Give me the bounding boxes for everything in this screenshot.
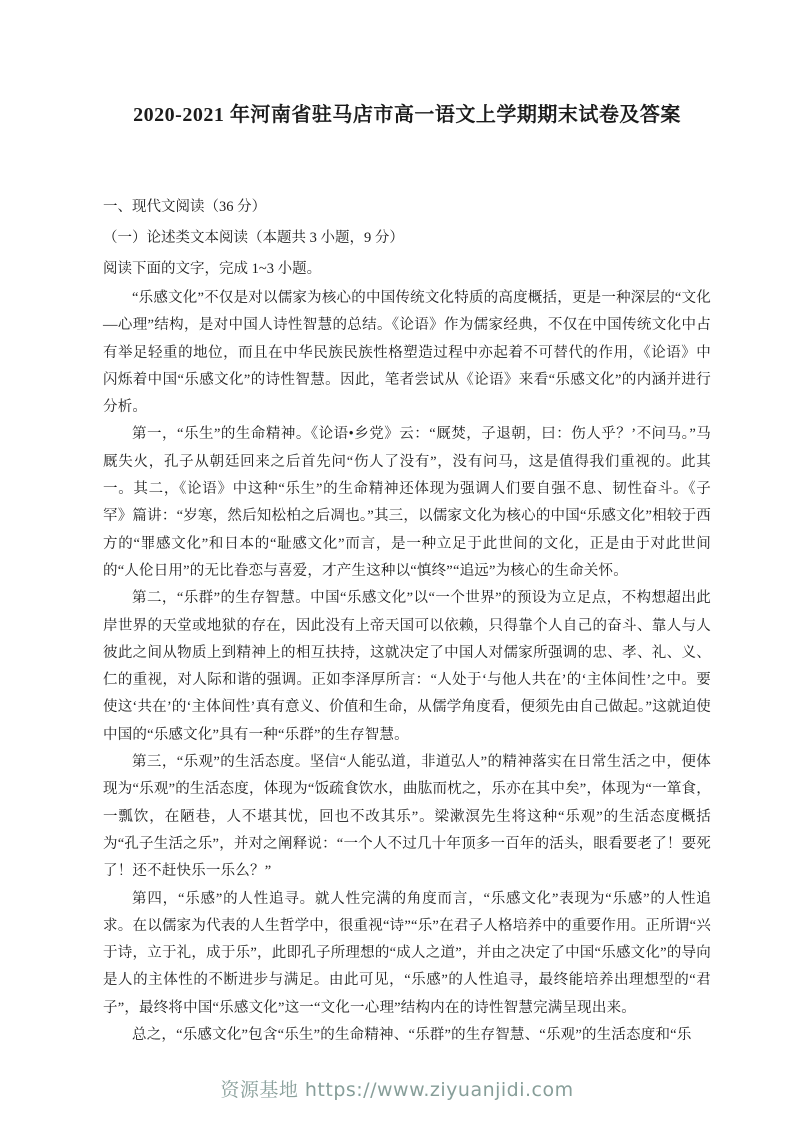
- footer-watermark: 资源基地 https://www.ziyuanjidi.com: [0, 1075, 794, 1102]
- body-paragraph-6: 总之，“乐感文化”包含“乐生”的生命精神、“乐群”的生存智慧、“乐观”的生活态度…: [103, 1022, 711, 1049]
- document-page: 2020-2021 年河南省驻马店市高一语文上学期期末试卷及答案 一、现代文阅读…: [0, 0, 794, 1122]
- subsection-heading: （一）论述类文本阅读（本题共 3 小题，9 分）: [103, 223, 711, 254]
- body-paragraph-2: 第一，“乐生”的生命精神。《论语•乡党》云：“厩焚，子退朝，曰：伤人乎？’不问马…: [103, 421, 711, 585]
- page-title: 2020-2021 年河南省驻马店市高一语文上学期期末试卷及答案: [103, 100, 711, 130]
- reading-instruction: 阅读下面的文字，完成 1~3 小题。: [103, 254, 711, 285]
- body-paragraph-5: 第四，“乐感”的人性追寻。就人性完满的角度而言，“乐感文化”表现为“乐感”的人性…: [103, 886, 711, 1022]
- body-paragraph-3: 第二，“乐群”的生存智慧。中国“乐感文化”以“一个世界”的预设为立足点，不构想超…: [103, 585, 711, 749]
- body-paragraph-4: 第三，“乐观”的生活态度。坚信“人能弘道，非道弘人”的精神落实在日常生活之中，便…: [103, 749, 711, 885]
- document-content: 2020-2021 年河南省驻马店市高一语文上学期期末试卷及答案 一、现代文阅读…: [103, 100, 711, 1049]
- body-paragraph-1: “乐感文化”不仅是对以儒家为核心的中国传统文化特质的高度概括，更是一种深层的“文…: [103, 285, 711, 421]
- section-heading: 一、现代文阅读（36 分）: [103, 192, 711, 223]
